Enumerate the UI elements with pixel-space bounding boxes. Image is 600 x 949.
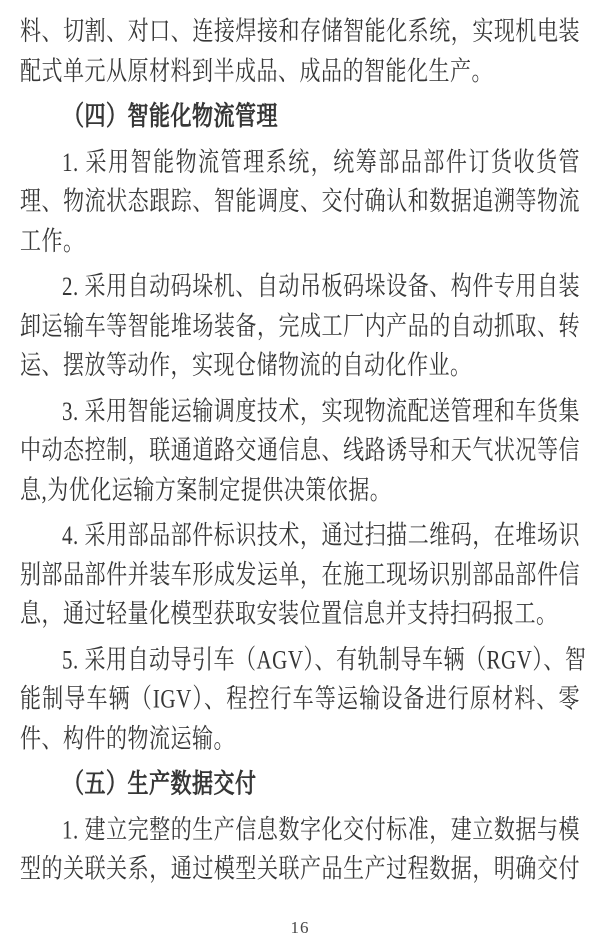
text-line: 件、构件的物流运输。 (20, 714, 580, 765)
heading-text: （四）智能化物流管理 (20, 91, 580, 142)
paragraph: 2. 采用自动码垛机、自动吊板码垛设备、构件专用自装卸运输车等智能堆场装备，完成… (20, 267, 580, 386)
text-line: 配式单元从原材料到半成品、成品的智能化生产。 (20, 46, 580, 97)
paragraph: 1. 建立完整的生产信息数字化交付标准，建立数据与模型的关联关系，通过模型关联产… (20, 811, 580, 890)
paragraph: 4. 采用部品部件标识技术，通过扫描二维码，在堆场识别部品部件并装车形成发运单，… (20, 516, 580, 635)
section-heading: （四）智能化物流管理 (20, 97, 580, 137)
text-line: 运、摆放等动作，实现仓储物流的自动化作业。 (20, 340, 580, 391)
document-page: 料、切割、对口、连接焊接和存储智能化系统，实现机电装配式单元从原材料到半成品、成… (0, 0, 600, 949)
paragraph: 5. 采用自动导引车（AGV）、有轨制导车辆（RGV）、智能制导车辆（IGV）、… (20, 641, 580, 760)
text-line: 息，通过轻量化模型获取安装位置信息并支持扫码报工。 (20, 589, 580, 640)
paragraph-continuation: 料、切割、对口、连接焊接和存储智能化系统，实现机电装配式单元从原材料到半成品、成… (20, 12, 580, 91)
text-line: 工作。 (20, 216, 580, 267)
paragraph: 1. 采用智能物流管理系统，统筹部品部件订货收货管理、物流状态跟踪、智能调度、交… (20, 143, 580, 262)
text-line: 息,为优化运输方案制定提供决策依据。 (20, 465, 580, 516)
text-line: 型的关联关系，通过模型关联产品生产过程数据，明确交付 (20, 844, 580, 895)
page-number: 16 (0, 919, 600, 936)
heading-text: （五）生产数据交付 (20, 759, 580, 810)
paragraph: 3. 采用智能运输调度技术，实现物流配送管理和车货集中动态控制，联通道路交通信息… (20, 392, 580, 511)
page-body: 料、切割、对口、连接焊接和存储智能化系统，实现机电装配式单元从原材料到半成品、成… (20, 12, 580, 896)
section-heading: （五）生产数据交付 (20, 765, 580, 805)
